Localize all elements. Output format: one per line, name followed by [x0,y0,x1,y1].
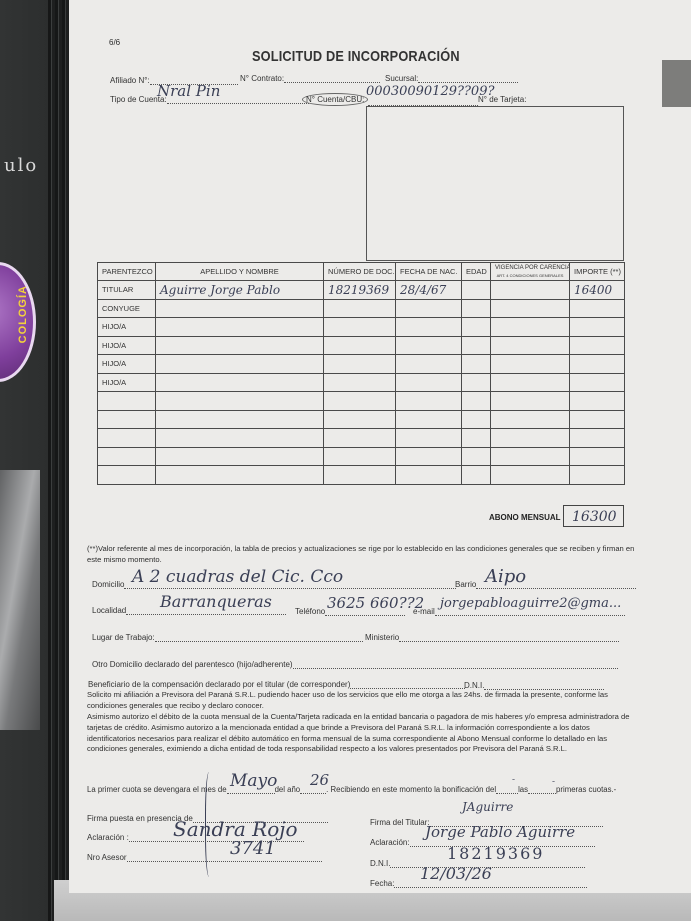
primera-cuota-suffix: primeras cuotas.- [556,785,616,794]
cell-importe[interactable] [570,336,625,355]
contrato-label: N° Contrato: [240,74,284,83]
table-row: HIJO/A [98,373,625,392]
aclaracion-titular-label: Aclaración: [370,838,410,847]
tipo-cuenta-value[interactable]: Nral Pin [157,82,220,100]
cell-parentezco: TITULAR [98,281,156,300]
cell-numero-doc[interactable] [324,392,396,411]
cell-fecha-nac[interactable] [396,373,462,392]
affiliation-paragraph: Solicito mi afiliación a Previsora del P… [87,690,639,712]
nro-asesor-line [127,853,322,862]
cell-vigencia[interactable] [491,355,570,374]
cell-edad[interactable] [462,429,491,448]
cell-apellido-nombre[interactable] [156,410,324,429]
cell-numero-doc[interactable] [324,373,396,392]
contrato-value[interactable] [284,74,380,83]
barrio-value[interactable]: Aipo [485,566,526,587]
cell-apellido-nombre[interactable] [156,355,324,374]
cuenta-cbu-value[interactable]: 00030090129??09? [366,84,494,99]
page-number: 6/6 [109,38,120,47]
cell-parentezco: HIJO/A [98,336,156,355]
table-row: HIJO/A [98,355,625,374]
cell-fecha-nac[interactable] [396,429,462,448]
col-vigencia-title: VIGENCIA POR CARENCIA [495,265,570,271]
sticker: COLOGÍA [0,262,36,382]
tarjeta-field[interactable]: N° de Tarjeta: [478,95,526,104]
debit-authorization-paragraph: Asimismo autorizo el débito de la cuota … [87,712,639,755]
col-numero-doc: NÚMERO DE DOC. [324,263,396,281]
cell-importe[interactable] [570,429,625,448]
otro-domicilio-label: Otro Domicilio declarado del parentesco … [92,660,293,669]
beneficiario-label: Beneficiario de la compensación declarad… [88,680,350,689]
mes-value[interactable]: Mayo [230,771,277,791]
col-importe: IMPORTE (**) [570,263,625,281]
barrio-label: Barrio [455,580,476,589]
plastic-sleeve [0,470,40,730]
table-row: HIJO/A [98,336,625,355]
ministerio-label: Ministerio [365,633,399,642]
cell-parentezco [98,392,156,411]
aclaracion-titular-value[interactable]: Jorge Pablo Aguirre [425,823,575,841]
las-value[interactable]: - [552,777,555,787]
cell-fecha-nac[interactable] [396,355,462,374]
cell-edad[interactable] [462,447,491,466]
contrato-field[interactable]: N° Contrato: [240,74,380,83]
cell-vigencia[interactable] [491,429,570,448]
cell-parentezco [98,410,156,429]
cell-importe[interactable] [570,355,625,374]
table-row: HIJO/A [98,318,625,337]
sucursal-label: Sucursal: [385,74,418,83]
cell-numero-doc[interactable] [324,336,396,355]
cell-numero-doc[interactable] [324,429,396,448]
cell-parentezco: HIJO/A [98,318,156,337]
cell-importe[interactable]: 16400 [570,281,625,300]
binder-label: ulo [4,155,38,176]
cell-apellido-nombre[interactable]: Aguirre Jorge Pablo [156,281,324,300]
nro-asesor-value[interactable]: 3741 [230,838,276,859]
cell-parentezco: CONYUGE [98,299,156,318]
sucursal-value[interactable] [418,74,518,83]
cell-vigencia[interactable] [491,447,570,466]
table-header-row: PARENTEZCO APELLIDO Y NOMBRE NÚMERO DE D… [98,263,625,281]
beneficiario-value[interactable] [350,680,465,689]
cell-parentezco: HIJO/A [98,373,156,392]
cell-edad[interactable] [462,299,491,318]
col-fecha-nac: FECHA DE NAC. [396,263,462,281]
cell-apellido-nombre[interactable] [156,392,324,411]
cell-edad[interactable] [462,355,491,374]
cell-apellido-nombre[interactable] [156,318,324,337]
cell-parentezco [98,447,156,466]
cell-fecha-nac[interactable] [396,299,462,318]
firma-titular-label: Firma del Titular: [370,818,430,827]
cell-fecha-nac[interactable] [396,447,462,466]
beneficiario-field[interactable]: Beneficiario de la compensación declarad… [88,680,465,689]
table-row [98,410,625,429]
email-label: e-mail [413,607,435,616]
cell-edad[interactable] [462,392,491,411]
dni-titular-label: D.N.I. [370,859,390,868]
col-apellido-nombre: APELLIDO Y NOMBRE [156,263,324,281]
tab-marker [662,60,691,107]
cell-fecha-nac[interactable] [396,410,462,429]
table-row [98,466,625,485]
cell-edad[interactable] [462,281,491,300]
cell-edad[interactable] [462,410,491,429]
cell-apellido-nombre[interactable] [156,429,324,448]
fecha-label: Fecha: [370,879,394,888]
family-table: PARENTEZCO APELLIDO Y NOMBRE NÚMERO DE D… [97,262,625,485]
afiliado-label: Afiliado N°: [110,76,150,85]
anio-value[interactable]: 26 [310,771,329,789]
cuenta-cbu-label: N° Cuenta/CBU: [302,93,368,106]
nro-asesor-label: Nro Asesor [87,853,127,862]
cell-importe[interactable] [570,466,625,485]
cell-importe[interactable] [570,299,625,318]
cell-edad[interactable] [462,466,491,485]
barrio-field[interactable]: Barrio [455,580,636,589]
col-vigencia-sub: ART. 4 CONDICIONES GENERALES [495,272,565,279]
cell-importe[interactable] [570,447,625,466]
cell-edad[interactable] [462,373,491,392]
table-row: CONYUGE [98,299,625,318]
cell-vigencia[interactable] [491,373,570,392]
cell-parentezco [98,429,156,448]
table-row [98,392,625,411]
page-title: SOLICITUD DE INCORPORACIÓN [252,48,460,65]
table-row [98,447,625,466]
dni-beneficiario-field[interactable]: D.N.I. [464,681,604,690]
col-vigencia: VIGENCIA POR CARENCIA ART. 4 CONDICIONES… [491,263,570,281]
card-stamp-box [366,106,624,261]
sticker-text: COLOGÍA [17,285,29,343]
pricing-note: (**)Valor referente al mes de incorporac… [87,544,639,566]
sucursal-field[interactable]: Sucursal: [385,74,518,83]
cell-vigencia[interactable] [491,318,570,337]
cell-vigencia[interactable] [491,466,570,485]
cell-numero-doc[interactable] [324,355,396,374]
cell-apellido-nombre[interactable] [156,447,324,466]
cell-apellido-nombre[interactable] [156,336,324,355]
cell-vigencia[interactable] [491,410,570,429]
dni-beneficiario-label: D.N.I. [464,681,484,690]
lugar-trabajo-field[interactable]: Lugar de Trabajo: [92,633,363,642]
cell-numero-doc[interactable] [324,447,396,466]
lugar-trabajo-value[interactable] [155,633,363,642]
cell-edad[interactable] [462,318,491,337]
cell-numero-doc[interactable] [324,299,396,318]
las-label: las [518,785,528,794]
primera-cuota-middle: . Recibiendo en este momento la bonifica… [326,785,496,794]
col-parentezco: PARENTEZCO [98,263,156,281]
localidad-label: Localidad [92,606,126,615]
cell-numero-doc[interactable] [324,318,396,337]
otro-domicilio-value[interactable] [293,660,618,669]
cell-fecha-nac[interactable] [396,392,462,411]
cell-importe[interactable] [570,318,625,337]
anio-label: del año [275,785,301,794]
email-value[interactable]: jorgepabloaguirre2@gma... [440,596,621,611]
aclaracion-asesor-label: Aclaración : [87,833,129,842]
cell-numero-doc[interactable] [324,466,396,485]
cell-fecha-nac[interactable] [396,466,462,485]
cell-vigencia[interactable] [491,336,570,355]
col-edad: EDAD [462,263,491,281]
abono-mensual-label: ABONO MENSUAL [489,513,561,522]
cell-importe[interactable] [570,373,625,392]
fecha-value[interactable]: 12/03/26 [420,864,492,883]
cell-numero-doc[interactable] [324,410,396,429]
table-row [98,429,625,448]
cell-apellido-nombre[interactable] [156,299,324,318]
telefono-value[interactable]: 3625 660??2 [327,594,424,612]
cell-fecha-nac[interactable] [396,318,462,337]
ministerio-value[interactable] [399,633,619,642]
domicilio-label: Domicilio [92,580,124,589]
cell-vigencia[interactable] [491,392,570,411]
otro-domicilio-field[interactable]: Otro Domicilio declarado del parentesco … [92,660,618,669]
cell-edad[interactable] [462,336,491,355]
bonificacion-value[interactable]: - [512,775,515,785]
table-row: TITULARAguirre Jorge Pablo1821936928/4/6… [98,281,625,300]
dni-titular-value[interactable]: 18219369 [447,844,544,863]
cell-fecha-nac[interactable]: 28/4/67 [396,281,462,300]
ministerio-field[interactable]: Ministerio [365,633,619,642]
tarjeta-label: N° de Tarjeta: [478,95,526,104]
firma-titular-value[interactable]: JAguirre [462,800,513,814]
cell-importe[interactable] [570,392,625,411]
dni-beneficiario-value[interactable] [484,681,604,690]
cell-apellido-nombre[interactable] [156,373,324,392]
primera-cuota-line: La primer cuota se devengara el mes de d… [87,785,616,794]
cell-apellido-nombre[interactable] [156,466,324,485]
nro-asesor-field[interactable]: Nro Asesor [87,853,322,862]
cell-numero-doc[interactable]: 18219369 [324,281,396,300]
telefono-label: Teléfono [295,607,325,616]
cell-vigencia[interactable] [491,299,570,318]
lugar-trabajo-label: Lugar de Trabajo: [92,633,155,642]
family-table-body: TITULARAguirre Jorge Pablo1821936928/4/6… [98,281,625,485]
cell-parentezco [98,466,156,485]
abono-mensual-value[interactable]: 16300 [563,505,624,527]
cell-parentezco: HIJO/A [98,355,156,374]
bonif-line [496,785,518,794]
cell-vigencia[interactable] [491,281,570,300]
domicilio-value[interactable]: A 2 cuadras del Cic. Cco [132,567,343,587]
cell-fecha-nac[interactable] [396,336,462,355]
cell-importe[interactable] [570,410,625,429]
localidad-value[interactable]: Barranqueras [160,592,272,611]
